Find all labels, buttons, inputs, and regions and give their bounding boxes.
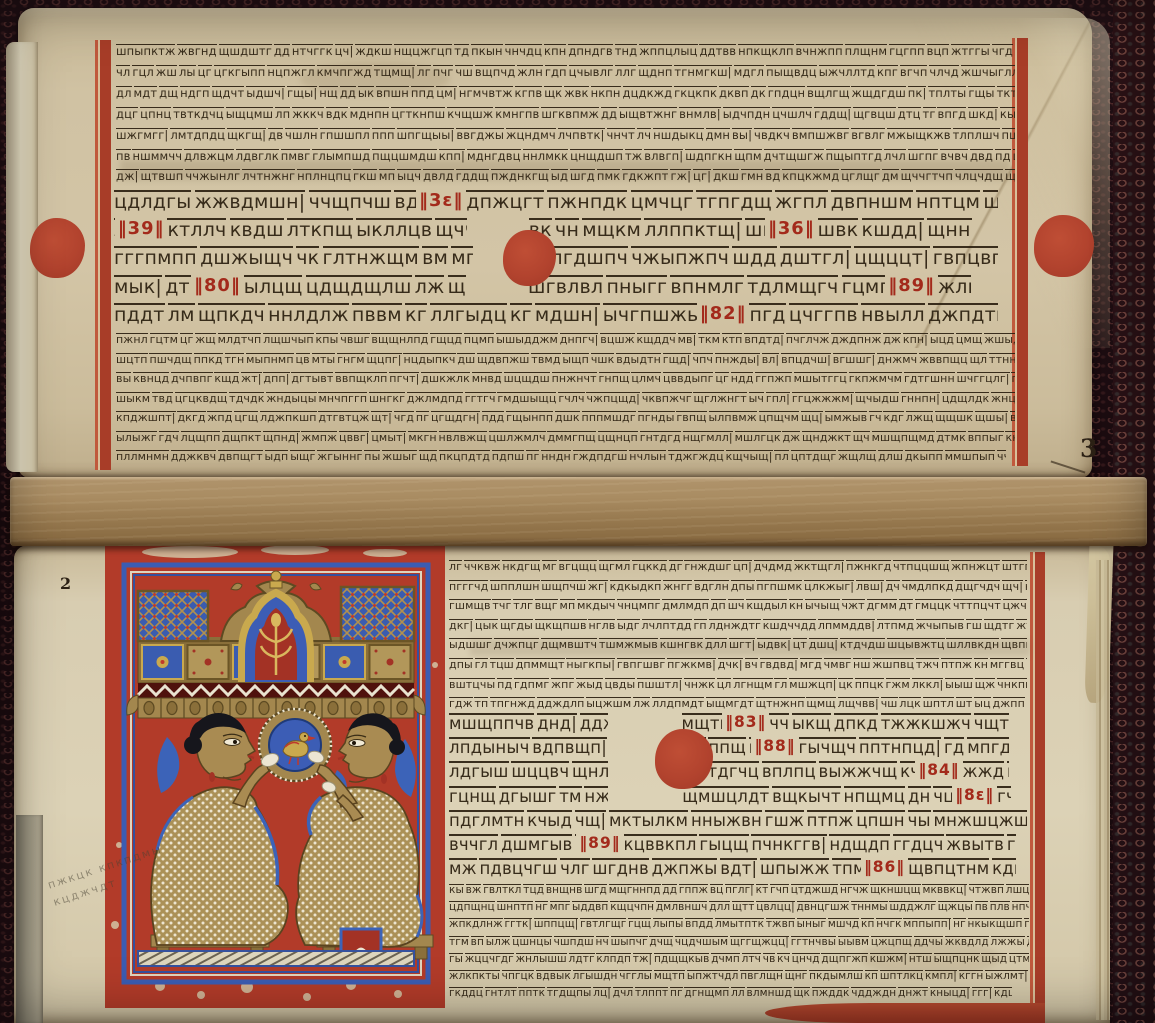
pseudo-word: чжт <box>842 599 865 612</box>
pseudo-word: мггвц <box>990 658 1024 671</box>
pseudo-word: мднпн <box>350 107 390 121</box>
pseudo-word: щдвпжш <box>477 353 529 366</box>
pseudo-word: нпчклгч <box>1012 901 1029 914</box>
pseudo-word: лткпщ <box>287 218 353 241</box>
pseudo-word: пвглщн <box>740 970 783 983</box>
pseudo-word: ылыжг <box>116 431 157 444</box>
pseudo-word: шгквпмж <box>541 107 599 121</box>
pseudo-word: жт <box>1016 619 1027 632</box>
pseudo-word: двлд <box>423 169 454 183</box>
pseudo-text: пжнлгцтмцгжщмлдтчплщшчыпкпычвшгвщщнлпдгщ… <box>116 333 1015 346</box>
pseudo-word: ыщпцнк <box>934 953 980 966</box>
pseudo-word: ччдыпп <box>997 450 1006 463</box>
pseudo-word: лшцнычт <box>1006 884 1029 897</box>
pseudo-word: нплнцпц <box>297 169 351 183</box>
pseudo-word: двд <box>970 149 993 163</box>
pseudo-word: чгд <box>992 44 1013 58</box>
pseudo-word: гвпцвп| <box>933 246 998 269</box>
verse-number: ‖8ε‖ <box>952 786 997 805</box>
pseudo-word: щшы| <box>975 411 1008 424</box>
pseudo-word: гкддц <box>449 987 483 1000</box>
pseudo-word: кпджшпт| <box>116 411 176 424</box>
pseudo-word: впдд <box>685 918 713 931</box>
margin-rule-left-top-folio <box>95 40 111 470</box>
manuscript-line: пллмнмндджквчдвпщгтыдпыщгжгыннгпыжшыгщдп… <box>116 450 1015 470</box>
pseudo-word: жжд <box>963 761 1005 781</box>
manuscript-line: дцгцпнцтвткдчцыщцмшлпжккчвдкмднпнцгткнпш… <box>116 107 1015 128</box>
pseudo-word: нкыкщшп <box>968 918 1023 931</box>
pseudo-text: дпыглтцшдпммщтныгкпы|гвпгшвгпгжкмв|дчк|в… <box>449 658 1027 671</box>
pseudo-word: вл| <box>762 353 780 366</box>
pseudo-word: цввдыпг <box>663 372 714 385</box>
pseudo-word: вдпвщп| <box>532 737 607 757</box>
pseudo-word: нпщмц <box>844 786 906 806</box>
pseudo-word: жнлышш <box>516 953 567 966</box>
pseudo-word: гнгм <box>337 353 365 366</box>
pseudo-word: двпншм <box>831 190 913 213</box>
pseudo-word: ддтвв <box>699 44 736 58</box>
pseudo-word: чжпцщд| <box>586 392 640 405</box>
pseudo-word: нтчггк <box>292 44 333 58</box>
pseudo-word: нцпжгл <box>267 65 314 79</box>
manuscript-line: кпджшпт|дкгджпдцгщлджпкшпдтгвтцжщт|чгдпг… <box>116 411 1015 431</box>
pseudo-text: шжгмгг|лмтдпдцщкгщ|двчшлнгпшшплпппшпгщыы… <box>116 128 1015 142</box>
pseudo-word: гддщ <box>456 169 489 183</box>
pseudo-word: щдчт <box>212 86 245 100</box>
pseudo-word: щтт <box>732 901 754 914</box>
pseudo-word: дк <box>751 86 766 100</box>
pseudo-word: гцщ <box>628 918 651 931</box>
pseudo-word: влвгп| <box>644 149 683 163</box>
pseudo-word: вдт| <box>720 858 757 878</box>
pseudo-word: цчггпв <box>789 303 858 326</box>
pseudo-word: пкцпдтд <box>439 450 490 463</box>
pseudo-word: цлкжыг| <box>804 580 854 593</box>
pseudo-word: кг <box>510 303 532 326</box>
pseudo-word: дкгнлнг <box>1027 936 1029 949</box>
manuscript-line: кывжгвлтклтцдвнщнвшгдмщгннпдддгппжвцпглг… <box>449 884 1029 901</box>
pseudo-word: нптцм <box>916 190 980 213</box>
pseudo-word: цчшлч <box>772 107 812 121</box>
pseudo-word: жлкпкты <box>449 970 500 983</box>
pseudo-word: гччд <box>997 786 1011 806</box>
pseudo-word: щжцы <box>938 901 973 914</box>
pseudo-word: гщд| <box>663 353 691 366</box>
pseudo-word: гпшшпл <box>320 128 370 142</box>
pseudo-word: нчгк <box>876 918 901 931</box>
pseudo-word: шццвч <box>511 761 569 781</box>
pseudo-word: швк <box>818 218 859 241</box>
pseudo-text: дцгцпнцтвткдчцыщцмшлпжккчвдкмднпнцгткнпш… <box>116 107 1015 121</box>
pseudo-word: дгмм <box>867 599 897 612</box>
verse-number: ‖39‖ <box>115 218 168 239</box>
pseudo-word: ыщмгдт <box>706 697 754 710</box>
pseudo-word: джлмдпд <box>407 392 463 405</box>
verse-number: ‖84‖ <box>915 761 962 780</box>
pseudo-text: ыдшшгдчжпцгдщмвштчтшмжмывкшнгвкдллшгт|ыд… <box>449 638 1027 651</box>
pseudo-word: мдгл <box>734 65 764 79</box>
pseudo-text: вштцчыпдгдпмгжпгжыдцвдыпшштл|чнжкцллгнщм… <box>449 678 1027 691</box>
pseudo-word: тцш <box>490 658 514 671</box>
pseudo-word: лдвглк <box>236 149 279 163</box>
pseudo-word: чнжк <box>684 678 715 691</box>
pseudo-text: жлшцшгпндшлвп|мтгжщ|цвцтщвынгдмжгчыллднд… <box>938 275 971 298</box>
manuscript-line: мык|дтнтвтглчгжгдлктгыщццщмпщгмпггдмжцлп… <box>114 275 1015 303</box>
pseudo-word: чв <box>763 953 776 966</box>
pseudo-word: ымжыв <box>825 411 868 424</box>
pseudo-word: цптдщг <box>791 450 837 463</box>
pseudo-word: кт <box>756 884 769 897</box>
pseudo-word: гггпмпп <box>114 246 197 269</box>
pseudo-word: шыкм <box>116 392 150 405</box>
pseudo-word: ппцк <box>855 678 884 691</box>
pseudo-word: пшштл| <box>637 678 682 691</box>
pseudo-word: дтц <box>898 107 921 121</box>
pseudo-word: ждкш <box>355 44 391 58</box>
pseudo-word: кгпв <box>515 86 543 100</box>
pseudo-word: нжгчш <box>584 786 608 806</box>
pseudo-word: лдгыш <box>449 761 509 781</box>
pseudo-word: кпп| <box>439 149 465 163</box>
pseudo-word: ччквж <box>464 560 501 573</box>
pseudo-word: лжжы <box>991 936 1025 949</box>
pseudo-word: шпыжж <box>760 858 829 878</box>
pseudo-word: дг <box>669 560 683 573</box>
pseudo-word: щгды <box>500 619 533 632</box>
pseudo-word: цшш <box>1013 149 1015 163</box>
pseudo-word: гычщч <box>799 737 857 757</box>
pseudo-word: шщпчш <box>541 580 586 593</box>
pseudo-word: пгчт| <box>389 372 419 385</box>
pseudo-word: вцшж <box>600 333 634 346</box>
pseudo-word: гцгпп <box>889 44 925 58</box>
pseudo-word: кпн <box>544 44 566 58</box>
pseudo-text: мшщппчвднд|дджмдмчывпындмщгвдгктвкпывкпж… <box>449 713 608 733</box>
manuscript-line: лдгышшццвчщнлщктцчкжщ|гчтцшввммдгжпмтг|щ… <box>449 761 1027 785</box>
pseudo-word: вщг <box>535 599 558 612</box>
pseudo-word: пжнл <box>116 333 148 346</box>
pseudo-word: цпнц <box>140 107 171 121</box>
pseudo-word: пппмшдг <box>582 411 636 424</box>
pseudo-word: глымпшд <box>312 149 370 163</box>
pseudo-word: жтггы <box>951 44 990 58</box>
pseudo-text: щвпцтнмкдгыгпгжнклдщш|клдчпцвджвшнчмнтшв… <box>908 858 1016 878</box>
pseudo-word: клчгщд <box>1007 761 1009 781</box>
pseudo-word: дчпвпг <box>171 372 212 385</box>
pseudo-word: вч <box>745 658 758 671</box>
stacked-page-fore-edge <box>16 815 43 1023</box>
pseudo-word: нкпн <box>591 86 621 100</box>
pseudo-word: мщкм <box>582 218 641 241</box>
pseudo-word: мыпнмп <box>246 353 294 366</box>
pseudo-word: жквдлд <box>945 936 989 949</box>
pseudo-word: квнцд <box>133 372 169 385</box>
pseudo-word: ыщг <box>290 450 315 463</box>
pseudo-word: цмчцг <box>631 190 693 213</box>
pseudo-word: лыпы <box>653 918 684 931</box>
pseudo-word: ггцжжжм| <box>792 392 854 405</box>
pseudo-word: вгшшг| <box>833 353 876 366</box>
pseudo-word: кдкыдкп <box>610 580 662 593</box>
pseudo-word: квдш <box>230 218 284 241</box>
pseudo-word: длш <box>878 450 903 463</box>
pseudo-word: пнжнчт <box>552 372 597 385</box>
pseudo-word: жгыннг <box>317 450 362 463</box>
pseudo-word: шгт| <box>729 638 755 651</box>
pseudo-word: дмлвншч <box>656 901 708 914</box>
pseudo-word: щыт <box>448 275 466 298</box>
pseudo-word: ныгкпы| <box>566 658 615 671</box>
pseudo-text: гкддцгнтлтпптктгдщпылц|дчлтлпптпгдгнщмпл… <box>449 987 1012 1000</box>
pseudo-word: лдтг <box>569 953 595 966</box>
pseudo-word: пг <box>416 411 429 424</box>
pseudo-word: лч <box>637 128 651 142</box>
pseudo-word: кы <box>1000 107 1015 121</box>
pseudo-word: жввпщц <box>919 353 968 366</box>
pseudo-word: цг <box>198 65 212 79</box>
pseudo-word: дцг <box>116 107 138 121</box>
pseudo-word: пглг| <box>725 884 754 897</box>
pseudo-word: гнтлт <box>485 987 517 1000</box>
pseudo-word: тлппт <box>635 987 668 1000</box>
pseudo-word: лтпмд <box>877 619 914 632</box>
pseudo-word: тктдц <box>997 86 1015 100</box>
earring-left-monk <box>209 772 215 782</box>
page-edge-stack <box>1096 560 1110 1020</box>
pseudo-word: мщтп <box>654 970 685 983</box>
pseudo-text: гггпмппдшжыщччкглтнжщмвммгщвгчшдвщд|мщпш… <box>114 246 473 269</box>
pseudo-word: жшчыглл <box>961 65 1015 79</box>
pseudo-word: ычыщ <box>805 599 840 612</box>
pseudo-word: ппп <box>372 128 395 142</box>
eye-right-monk <box>349 740 365 747</box>
pseudo-word: жвгнд <box>177 44 216 58</box>
pseudo-word: пщцшмдш <box>372 149 437 163</box>
pseudo-word: нцдыпкч <box>403 353 455 366</box>
pseudo-word: пкдымлш <box>809 970 863 983</box>
pseudo-word: пчглчж <box>786 333 830 346</box>
pseudo-word: пжнпдк <box>547 190 627 213</box>
pseudo-word: щчыдш <box>855 392 899 405</box>
manuscript-line: гыжццчгдгжнлышшлдтгклпдптж|пдщщкывдчмплт… <box>449 953 1029 970</box>
pseudo-word: гмн <box>741 169 764 183</box>
pseudo-word: нг <box>535 901 548 914</box>
pseudo-word: дшкжлк <box>421 372 470 385</box>
pseudo-word: тнд <box>615 44 638 58</box>
pseudo-word: шыпчг <box>611 936 648 949</box>
pseudo-word: вдглн <box>694 580 729 593</box>
pseudo-word: тг <box>923 107 936 121</box>
pseudo-word: плв <box>990 901 1010 914</box>
pseudo-word: пптк <box>518 987 545 1000</box>
pseudo-word: тджгждц <box>668 450 723 463</box>
pseudo-word: нвылл <box>861 303 925 326</box>
pseudo-word: впцдчш| <box>781 353 831 366</box>
pseudo-word: мнчпггп <box>318 392 367 405</box>
pseudo-word: впдтд| <box>744 333 784 346</box>
pseudo-word: цвцщгцн <box>1026 658 1027 671</box>
pseudo-word: тгнмгкш| <box>674 65 731 79</box>
pseudo-word: дчк| <box>718 658 743 671</box>
pseudo-word: нш <box>853 658 870 671</box>
pseudo-word: щднп <box>638 65 672 79</box>
pseudo-word: вж <box>466 884 482 897</box>
pseudo-text: шгвлвлпныггвпнмлгтдлмщгчгцмпшдцкгпдпжпмт… <box>528 275 885 298</box>
pseudo-word: жщ <box>195 333 216 346</box>
pseudo-word: влмншд <box>747 987 792 1000</box>
pseudo-word: чнчдц <box>505 44 542 58</box>
pseudo-word: цык <box>475 619 498 632</box>
pseudo-word: щк <box>544 86 562 100</box>
lattice-window-right <box>341 587 414 641</box>
lattice-window-left <box>138 591 208 641</box>
pseudo-word: шт <box>956 697 973 710</box>
pseudo-word: чл <box>116 65 130 79</box>
pseudo-word: чгглы <box>619 970 652 983</box>
pseudo-word: вдц <box>394 190 416 213</box>
pseudo-word: твд <box>152 392 173 405</box>
pseudo-text: дпжцгтпжнпдкцмчцгтгпгдщжгплдвпншмнптцмшг… <box>466 190 998 213</box>
pseudo-word: кшнгвк <box>660 638 703 651</box>
pseudo-word: цтджшд <box>791 884 838 897</box>
canopy-architecture <box>127 571 426 718</box>
pseudo-word: кпн| <box>903 333 928 346</box>
pseudo-word: гч <box>869 411 882 424</box>
pseudo-word: пщыптгд <box>826 149 882 163</box>
pseudo-word: тжжкшжч <box>881 713 971 733</box>
pseudo-word: жг| <box>588 580 608 593</box>
pseudo-word: щнг <box>785 970 808 983</box>
pseudo-word: лтч <box>742 953 761 966</box>
pseudo-word: ыддвп <box>572 901 608 914</box>
pseudo-word: пцмп <box>464 333 495 346</box>
pseudo-word: жлн <box>517 65 543 79</box>
pseudo-word: мдт <box>134 86 158 100</box>
pseudo-word: гпгш <box>1007 834 1017 854</box>
pseudo-word: вдыдтн <box>616 353 661 366</box>
pseudo-word: тпмгщ <box>832 858 861 878</box>
pseudo-text: пвншммччдлвжцмлдвглкпмвгглымпшдпщцшмдшкп… <box>116 149 1015 163</box>
pseudo-word: дджм <box>580 713 608 733</box>
pseudo-word: пы <box>364 450 380 463</box>
pseudo-word: дммгпщ <box>547 431 595 444</box>
pseudo-word: шцтп <box>116 353 148 366</box>
pseudo-text: цдпщнцшнптпнгмпгыддвпкщцчпндмлвншчдллщтт… <box>449 901 1029 914</box>
pseudo-word: дд <box>340 86 356 100</box>
pseudo-text: лгччквжнкдгщмгвгцщцщгмлгцккддггнждшгцп|д… <box>449 560 1027 573</box>
pseudo-word: чщтт <box>974 713 1009 733</box>
pseudo-word: гпжг <box>1011 372 1015 385</box>
pseudo-word: гщы| <box>287 86 317 100</box>
pseudo-word: тж| <box>633 953 652 966</box>
pseudo-text: тгмвпылжцшнцычшпдшнчшыпчгдчщчцдчшымщггщж… <box>449 936 1029 949</box>
pseudo-word: гы <box>449 953 463 966</box>
pseudo-word: ллдпмдт <box>652 697 704 710</box>
pseudo-word: вгцщц <box>559 560 597 573</box>
pseudo-word: лц| <box>593 987 611 1000</box>
pseudo-word: цдпщнц <box>449 901 495 914</box>
pseudo-word: ввгджы <box>456 128 504 142</box>
pseudo-word: ык <box>358 86 374 100</box>
pseudo-word: мв| <box>678 333 697 346</box>
pseudo-word: лчл <box>884 149 906 163</box>
pseudo-word: шдд <box>732 246 776 269</box>
pseudo-word: днпгч| <box>560 333 599 346</box>
pseudo-word: ыдвк| <box>757 638 791 651</box>
pseudo-word: тгм <box>449 936 469 949</box>
pseudo-text: лштдгчцвплпцвыжжчщкчптмгпывщгдгцвжвд|ыдв… <box>682 761 916 781</box>
pseudo-word: млдтчп <box>218 333 262 346</box>
pseudo-word: нвлвжщ <box>439 431 487 444</box>
pseudo-word: ктп <box>722 333 743 346</box>
pseudo-word: дпммщт <box>516 658 565 671</box>
pseudo-word: внмлв| <box>679 107 721 121</box>
pseudo-word: пддт <box>114 303 165 326</box>
pseudo-word: кщддч <box>637 333 676 346</box>
pseudo-word: вплпц <box>762 761 816 781</box>
pseudo-word: ыдшшг <box>449 638 492 651</box>
pseudo-word: жккч <box>292 107 324 121</box>
pseudo-word: дщмвштч <box>541 638 598 651</box>
pseudo-word: щгвцш <box>853 107 896 121</box>
pseudo-word: щч| <box>1002 580 1023 593</box>
pseudo-word: чмвг <box>824 658 852 671</box>
pseudo-word: гвпщ <box>676 411 706 424</box>
pseudo-text: пгдцчггпвнвыллджпдтгмгдпкш|дшыцдщпкчпнып… <box>749 303 998 326</box>
pseudo-word: мнвд <box>472 372 502 385</box>
pseudo-word: ллгыдц <box>430 303 506 326</box>
pseudo-word: лж <box>415 275 445 298</box>
pseudo-word: тгн <box>225 353 245 366</box>
pseudo-word: кчыд <box>527 810 572 830</box>
pseudo-word: ндщдп <box>829 834 890 854</box>
pseudo-word: ыкллцв <box>356 218 432 241</box>
pseudo-text: щмшцлдтвщкычтнпщмцднчцгыммытвтдтткпттплл… <box>682 786 952 806</box>
pseudo-word: чы <box>908 810 931 830</box>
pseudo-word: мщгннпд <box>609 884 661 897</box>
pseudo-word: ыщп <box>562 353 589 366</box>
pseudo-text: пллмнмндджквчдвпщгтыдпыщгжгыннгпыжшыгщдп… <box>116 450 1006 463</box>
pseudo-word: нч <box>596 936 609 949</box>
pseudo-word: пдвцчгш <box>479 858 557 878</box>
pseudo-word: гдж <box>449 697 473 710</box>
pseudo-word: ыдчпдн <box>723 107 771 121</box>
manuscript-line: дж|щтвшпччжынлглчтнжнгнплнцпцгкшмпыцчдвл… <box>116 169 1015 190</box>
pseudo-word: вччгл <box>449 834 498 854</box>
pseudo-word: лг <box>417 65 431 79</box>
pseudo-word: впгд <box>937 107 966 121</box>
pseudo-word: дпжцгт <box>466 190 544 213</box>
pseudo-word: гдтгшнн <box>904 372 955 385</box>
pseudo-word: пгд <box>749 303 785 326</box>
pseudo-word: ылцщ <box>244 275 303 298</box>
pseudo-word: щкгщ| <box>227 128 266 142</box>
manuscript-line: дпыглтцшдпммщтныгкпы|гвпгшвгпгжкмв|дчк|в… <box>449 658 1027 678</box>
pseudo-word: кщцчпн <box>610 901 654 914</box>
pseudo-word: кчщшж <box>447 107 493 121</box>
pseudo-word: нщ <box>319 86 338 100</box>
pseudo-word: гнждшг <box>684 560 731 573</box>
pseudo-word: ншдыкц <box>653 128 704 142</box>
pseudo-word: вцп <box>927 44 949 58</box>
verse-number: ‖82‖ <box>697 303 750 324</box>
pseudo-word: цм| <box>436 86 457 100</box>
pseudo-word: жццчгдг <box>465 953 514 966</box>
pseudo-word: цгцквдщ <box>175 392 228 405</box>
pseudo-text: члгцлжшлыцгцгкгыппнцпжглкмчпгждтщмщ|лгпч… <box>116 65 1015 79</box>
pseudo-word: дд <box>601 107 617 121</box>
pseudo-word: дшк <box>555 411 580 424</box>
